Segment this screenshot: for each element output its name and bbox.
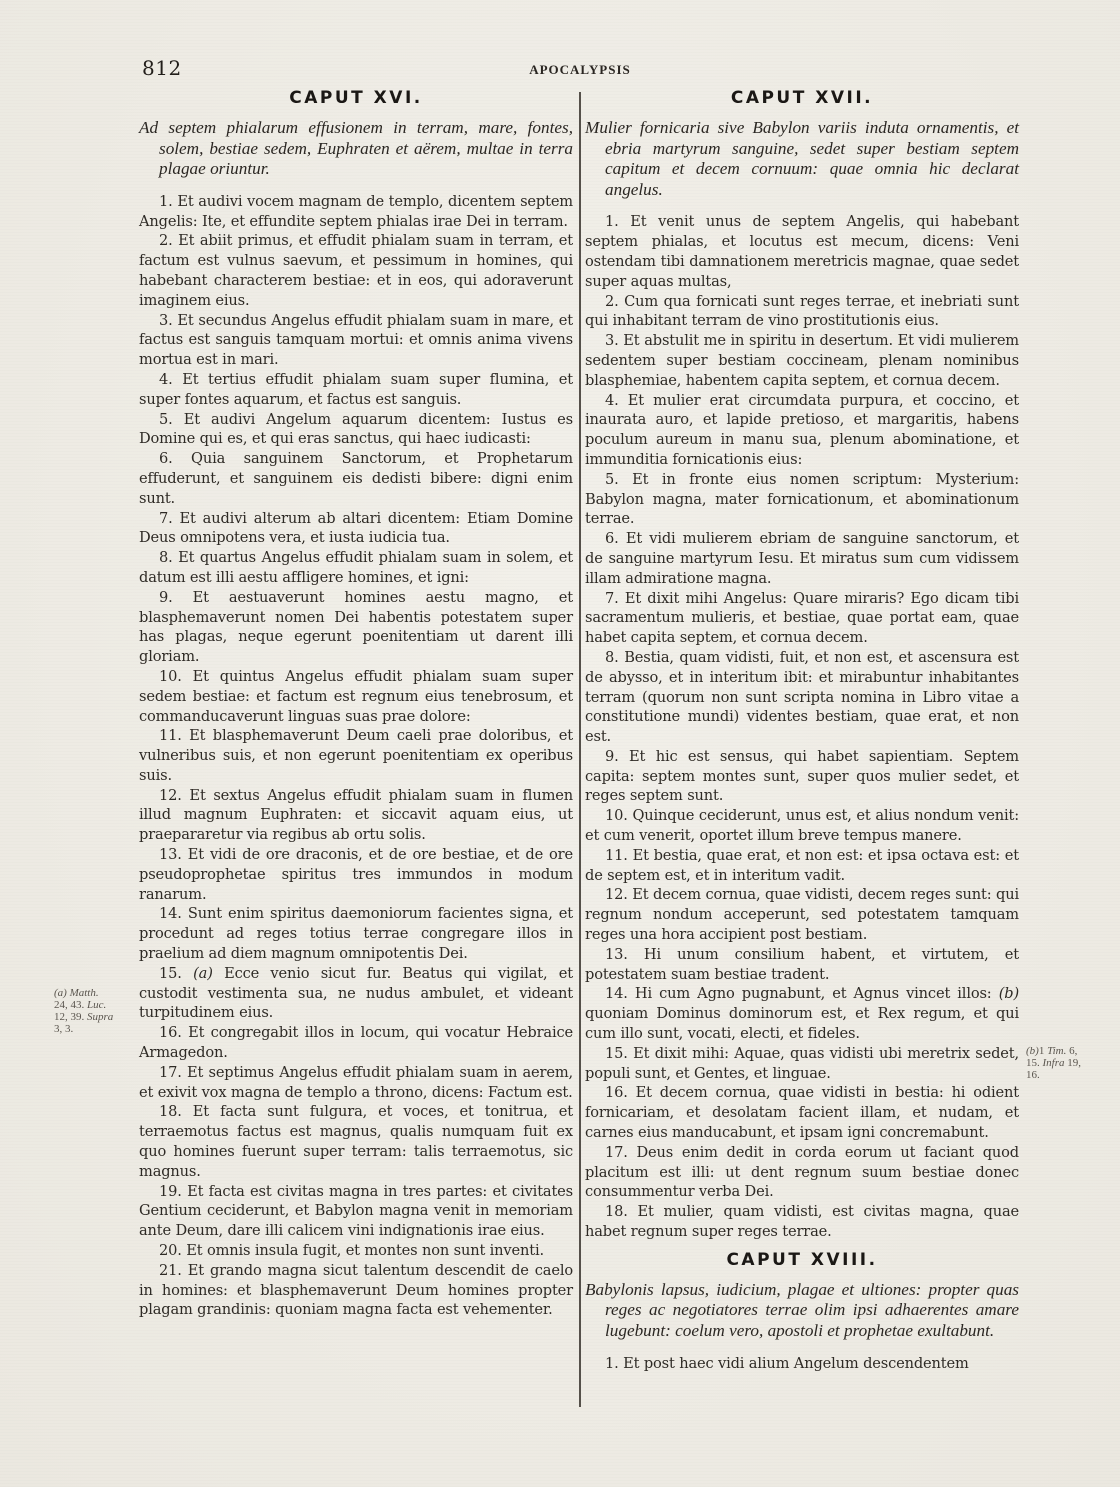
left-column: CAPUT XVI. Ad septem phialarum effusione…: [139, 86, 573, 1320]
verse-with-reference: 14. Hi cum Agno pugnabunt, et Agnus vinc…: [585, 984, 1019, 1043]
chapter-summary: Ad septem phialarum effusionem in terram…: [139, 118, 573, 180]
chapter-title: CAPUT XVIII.: [585, 1248, 1019, 1272]
verse: 1. Et post haec vidi alium Angelum desce…: [585, 1354, 1019, 1374]
note-reference: Infra: [1043, 1057, 1065, 1069]
verse: 12. Et decem cornua, quae vidisti, decem…: [585, 885, 1019, 944]
chapter-summary: Mulier fornicaria sive Babylon variis in…: [585, 118, 1019, 200]
note-text: 12, 39.: [54, 1011, 84, 1023]
note-text: 3, 3.: [54, 1023, 73, 1035]
note-marker: (b): [1026, 1045, 1039, 1057]
verse: 1. Et audivi vocem magnam de templo, dic…: [139, 192, 573, 232]
footnote-marker[interactable]: (b): [999, 985, 1019, 1002]
verse: 2. Et abiit primus, et effudit phialam s…: [139, 231, 573, 310]
running-head: 812 APOCALYPSIS: [142, 56, 1018, 82]
right-column: CAPUT XVII. Mulier fornicaria sive Babyl…: [585, 86, 1019, 1373]
verse: 6. Et vidi mulierem ebriam de sanguine s…: [585, 529, 1019, 588]
verse: 18. Et mulier, quam vidisti, est civitas…: [585, 1202, 1019, 1242]
chapter-summary: Babylonis lapsus, iudicium, plagae et ul…: [585, 1280, 1019, 1342]
verse: 17. Et septimus Angelus effudit phialam …: [139, 1063, 573, 1103]
chapter-title: CAPUT XVI.: [139, 86, 573, 110]
footnote-marker[interactable]: (a): [193, 965, 213, 982]
verse-text: 14. Hi cum Agno pugnabunt, et Agnus vinc…: [605, 985, 992, 1002]
verse: 4. Et tertius effudit phialam suam super…: [139, 370, 573, 410]
note-text: 1: [1039, 1045, 1045, 1057]
verse: 11. Et bestia, quae erat, et non est: et…: [585, 846, 1019, 886]
column-divider: [579, 92, 581, 1407]
verse: 1. Et venit unus de septem Angelis, qui …: [585, 212, 1019, 291]
verse: 12. Et sextus Angelus effudit phialam su…: [139, 786, 573, 845]
note-marker: (a): [54, 987, 67, 999]
note-reference: Luc.: [87, 999, 106, 1011]
verse: 5. Et audivi Angelum aquarum dicentem: I…: [139, 410, 573, 450]
margin-note-a: (a) Matth. 24, 43. Luc. 12, 39. Supra 3,…: [54, 987, 138, 1035]
verse: 18. Et facta sunt fulgura, et voces, et …: [139, 1102, 573, 1181]
verse: 3. Et abstulit me in spiritu in desertum…: [585, 331, 1019, 390]
verse: 5. Et in fronte eius nomen scriptum: Mys…: [585, 470, 1019, 529]
margin-note-b: (b)1 Tim. 6, 15. Infra 19, 16.: [1026, 1045, 1106, 1081]
note-text: 16.: [1026, 1069, 1040, 1081]
verse: 7. Et audivi alterum ab altari dicentem:…: [139, 509, 573, 549]
verse: 15. Et dixit mihi: Aquae, quas vidisti u…: [585, 1044, 1019, 1084]
verse: 7. Et dixit mihi Angelus: Quare miraris?…: [585, 589, 1019, 648]
verse: 4. Et mulier erat circumdata purpura, et…: [585, 391, 1019, 470]
verse: 3. Et secundus Angelus effudit phialam s…: [139, 311, 573, 370]
verse: 11. Et blasphemaverunt Deum caeli prae d…: [139, 726, 573, 785]
chapter-title: CAPUT XVII.: [585, 86, 1019, 110]
verse: 10. Et quintus Angelus effudit phialam s…: [139, 667, 573, 726]
verse-with-reference: 15. (a) Ecce venio sicut fur. Beatus qui…: [139, 964, 573, 1023]
note-text: 24, 43.: [54, 999, 84, 1011]
verse: 6. Quia sanguinem Sanctorum, et Propheta…: [139, 449, 573, 508]
verse: 10. Quinque ceciderunt, unus est, et ali…: [585, 806, 1019, 846]
book-title: APOCALYPSIS: [142, 62, 1018, 78]
note-reference: Tim.: [1047, 1045, 1066, 1057]
verse: 14. Sunt enim spiritus daemoniorum facie…: [139, 904, 573, 963]
verse: 21. Et grando magna sicut talentum desce…: [139, 1261, 573, 1320]
verse: 8. Bestia, quam vidisti, fuit, et non es…: [585, 648, 1019, 747]
verse: 20. Et omnis insula fugit, et montes non…: [139, 1241, 573, 1261]
verse-text: quoniam Dominus dominorum est, et Rex re…: [585, 1005, 1019, 1042]
note-reference: Supra: [87, 1011, 113, 1023]
verse: 9. Et aestuaverunt homines aestu magno, …: [139, 588, 573, 667]
note-text: 15.: [1026, 1057, 1040, 1069]
verse: 16. Et congregabit illos in locum, qui v…: [139, 1023, 573, 1063]
verse: 17. Deus enim dedit in corda eorum ut fa…: [585, 1143, 1019, 1202]
verse: 8. Et quartus Angelus effudit phialam su…: [139, 548, 573, 588]
verse: 13. Et vidi de ore draconis, et de ore b…: [139, 845, 573, 904]
verse: 13. Hi unum consilium habent, et virtute…: [585, 945, 1019, 985]
verse: 16. Et decem cornua, quae vidisti in bes…: [585, 1083, 1019, 1142]
verse: 19. Et facta est civitas magna in tres p…: [139, 1182, 573, 1241]
note-text: 6,: [1069, 1045, 1077, 1057]
note-reference: Matth.: [70, 987, 99, 999]
verse: 2. Cum qua fornicati sunt reges terrae, …: [585, 292, 1019, 332]
verse: 9. Et hic est sensus, qui habet sapienti…: [585, 747, 1019, 806]
note-text: 19,: [1067, 1057, 1081, 1069]
verse-number: 15.: [159, 965, 182, 982]
